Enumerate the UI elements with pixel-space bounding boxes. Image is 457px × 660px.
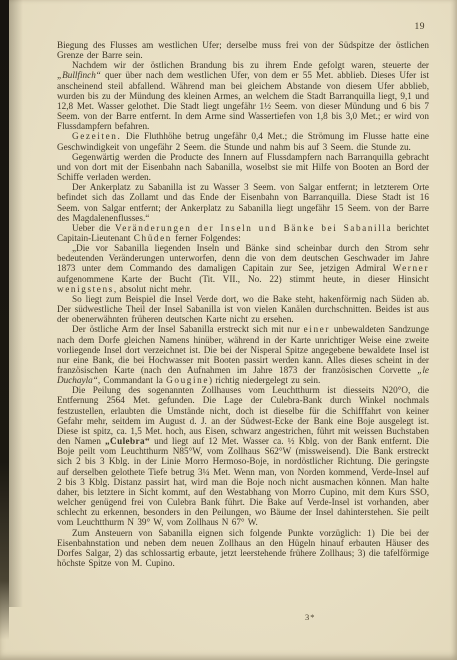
- page-left-edge-shadow: [0, 0, 9, 660]
- paragraph: Zum Ansteuern von Sabanilla eignen sich …: [57, 528, 429, 569]
- book-page: 19 Biegung des Flusses am westlichen Ufe…: [0, 0, 457, 660]
- signature-mark: 3*: [305, 612, 316, 622]
- paragraph: Gezeiten. Die Fluthhöhe betrug ungefähr …: [57, 131, 429, 151]
- page-gutter-shadow: [9, 0, 23, 607]
- paragraph: So liegt zum Beispiel die Insel Verde do…: [57, 294, 429, 324]
- body-text: Biegung des Flusses am westlichen Ufer; …: [57, 40, 429, 568]
- paragraph: Nachdem wir der östlichen Brandung bis z…: [57, 60, 429, 131]
- paragraph: Ueber die Veränderungen der Inseln und B…: [57, 223, 429, 243]
- paragraph: „Die vor Sabanilla liegenden Inseln und …: [57, 243, 429, 294]
- paragraph: Gegenwärtig werden die Producte des Inne…: [57, 152, 429, 182]
- page-number: 19: [415, 22, 426, 32]
- paragraph: Der östliche Arm der Insel Sabanilla ers…: [57, 324, 429, 385]
- paragraph: Der Ankerplatz zu Sabanilla ist zu Wasse…: [57, 182, 429, 223]
- paragraph: Die Peilung des sogenannten Zollhauses v…: [57, 385, 429, 527]
- paragraph: Biegung des Flusses am westlichen Ufer; …: [57, 40, 429, 60]
